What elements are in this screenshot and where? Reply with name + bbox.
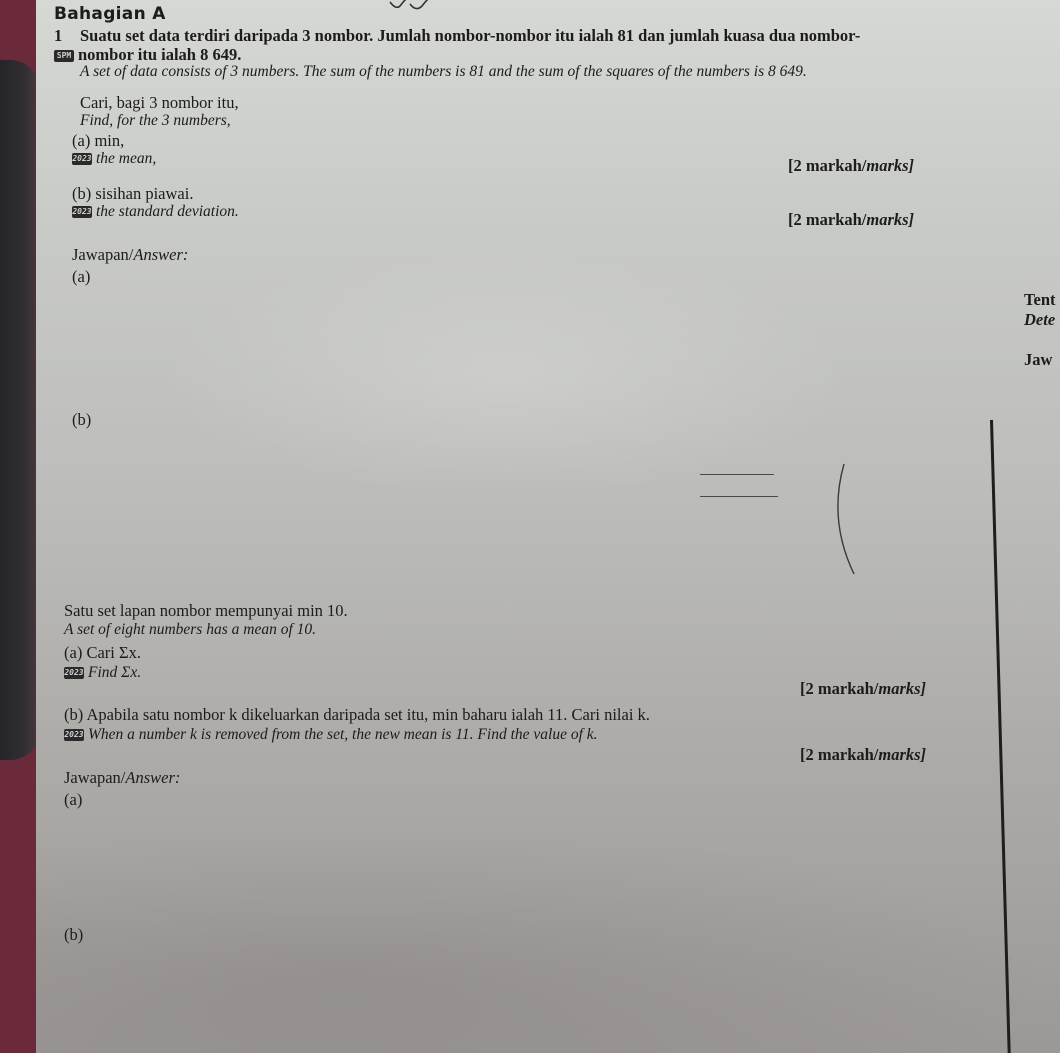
pencil-bracket-icon [826, 460, 856, 580]
question-1-part-a-marks: [2 markah/marks] [788, 156, 914, 176]
q2-part-a-badge: 2023 [64, 667, 84, 679]
q2-part-a-english: Find Σx. [88, 664, 141, 681]
cutoff-text-3: Jaw [1024, 350, 1052, 370]
question-2-part-b: (b) Apabila satu nombor k dikeluarkan da… [64, 705, 650, 725]
question-1-part-b: (b) sisihan piawai. [72, 184, 193, 204]
part-a-label: (a) [72, 131, 90, 150]
question-1-malay-line2: nombor itu ialah 8 649. [78, 45, 241, 64]
question-2-english: A set of eight numbers has a mean of 10. [64, 621, 316, 639]
pencil-mark [700, 474, 774, 475]
q2-part-b-label: (b) [64, 705, 83, 724]
question-2-part-a-english-row: 2023Find Σx. [64, 664, 141, 682]
question-1-part-a-english-row: 2023the mean, [72, 150, 156, 168]
background-shadow [0, 60, 40, 760]
cutoff-text-1: Tent [1024, 290, 1056, 310]
part-a-badge: 2023 [72, 153, 92, 165]
margin-line [990, 420, 1011, 1053]
question-2-answer-b-label: (b) [64, 925, 83, 945]
q2-part-a-malay: Cari Σx. [86, 643, 141, 662]
question-2-part-b-english-row: 2023When a number k is removed from the … [64, 726, 598, 744]
question-2-malay: Satu set lapan nombor mempunyai min 10. [64, 601, 348, 621]
question-1-answer-a-label: (a) [72, 267, 90, 287]
question-1-answer-label: Jawapan/Answer: [72, 245, 188, 265]
q2-part-b-badge: 2023 [64, 729, 84, 741]
section-title: Bahagian A [54, 4, 166, 24]
part-b-label: (b) [72, 184, 91, 203]
question-2-part-a-marks: [2 markah/marks] [800, 679, 926, 699]
part-a-english: the mean, [96, 150, 156, 167]
part-b-english: the standard deviation. [96, 203, 239, 220]
exam-paper: Bahagian A 1 Suatu set data terdiri dari… [36, 0, 1060, 1053]
question-1-answer-b-label: (b) [72, 410, 91, 430]
question-1-malay-line2-row: SPMnombor itu ialah 8 649. [54, 45, 241, 65]
question-1-malay-line1: Suatu set data terdiri daripada 3 nombor… [80, 26, 860, 46]
q2-part-b-english: When a number k is removed from the set,… [88, 726, 598, 743]
q2-part-b-malay: Apabila satu nombor k dikeluarkan daripa… [86, 705, 649, 724]
cutoff-text-2: Dete [1024, 310, 1055, 330]
question-1-part-b-english-row: 2023the standard deviation. [72, 203, 239, 221]
question-2-answer-label: Jawapan/Answer: [64, 768, 180, 788]
part-b-badge: 2023 [72, 206, 92, 218]
part-a-malay: min, [94, 131, 124, 150]
question-1-instruction-malay: Cari, bagi 3 nombor itu, [80, 93, 239, 113]
question-1-instruction-english: Find, for the 3 numbers, [80, 112, 231, 130]
question-1-number: 1 [54, 26, 62, 46]
question-2-part-a: (a) Cari Σx. [64, 643, 141, 663]
tick-marks-icon [386, 0, 446, 22]
question-1-part-b-marks: [2 markah/marks] [788, 210, 914, 230]
question-2-answer-a-label: (a) [64, 790, 82, 810]
question-2-part-b-marks: [2 markah/marks] [800, 745, 926, 765]
question-1-part-a: (a) min, [72, 131, 124, 151]
q2-part-a-label: (a) [64, 643, 82, 662]
part-b-malay: sisihan piawai. [95, 184, 193, 203]
pencil-mark [700, 496, 778, 497]
question-1-english: A set of data consists of 3 numbers. The… [80, 63, 807, 81]
question-1-badge: SPM [54, 50, 74, 62]
